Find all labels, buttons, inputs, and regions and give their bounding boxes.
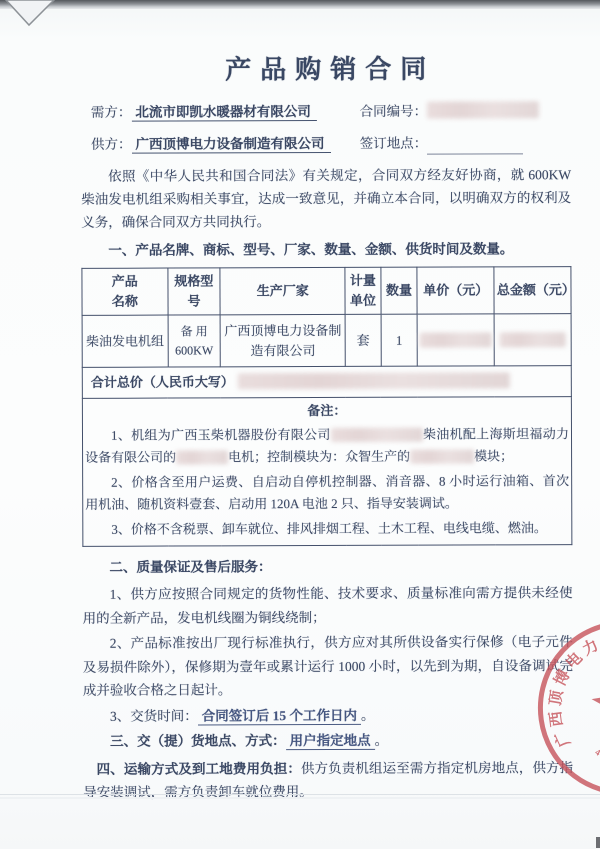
redacted-total-in-words bbox=[238, 373, 510, 390]
section3-line: 三、交（提）货地点、方式：用户指定地点。 bbox=[83, 728, 573, 753]
sign-place-blank bbox=[427, 139, 523, 154]
sign-place-label: 签订地点： bbox=[360, 136, 428, 151]
col-header-total: 总金额（元） bbox=[494, 267, 571, 315]
buyer-label: 需方： bbox=[91, 105, 132, 120]
buyer-row: 需方：北流市即凯水暖器材有限公司 合同编号： bbox=[91, 99, 571, 124]
scan-edge-mark bbox=[596, 837, 600, 848]
notes-cell: 备注： 1、机组为广西玉柴机器股份有限公司柴油机配上海斯坦福动力设备有限公司的电… bbox=[82, 397, 572, 546]
cell-product-name: 柴油发电机组 bbox=[82, 315, 168, 367]
goods-table: 产品 名称 规格型 号 生产厂家 计量 单位 数量 单价（元） 总金额（元） 柴… bbox=[81, 266, 572, 547]
table-header-row: 产品 名称 规格型 号 生产厂家 计量 单位 数量 单价（元） 总金额（元） bbox=[82, 267, 571, 316]
section4-label: 四、运输方式及到工地费用负担： bbox=[97, 761, 301, 777]
page-title: 产品购销合同 bbox=[81, 53, 571, 87]
note1-text-4: 模块； bbox=[474, 448, 513, 463]
preamble-paragraph: 依照《中华人民共和国合同法》有关规定，合同双方经友好协商，就 600KW 柴油发… bbox=[81, 163, 571, 234]
note1-text-3: 电机；控制模块为：众智生产的 bbox=[228, 449, 410, 465]
contract-body: 产品购销合同 需方：北流市即凯水暖器材有限公司 合同编号： 供方：广西顶博电力设… bbox=[81, 53, 574, 818]
note-1: 1、机组为广西玉柴机器股份有限公司柴油机配上海斯坦福动力设备有限公司的电机；控制… bbox=[85, 423, 569, 470]
contract-no-field: 合同编号： bbox=[360, 99, 571, 123]
section2-item-2: 2、产品标准按出厂现行标准执行，供方应对其所供设备实行保修（电子元件及易损件除外… bbox=[83, 630, 573, 702]
cell-unit: 套 bbox=[345, 315, 380, 367]
note-3: 3、价格不含税票、卸车就位、排风排烟工程、土木工程、电线电缆、燃油。 bbox=[85, 517, 569, 541]
scan-top-edge-shadow bbox=[0, 0, 600, 9]
note-2: 2、价格含至用户运费、自启动自停机控制器、消音器、8 小时运行油箱、首次用机油、… bbox=[85, 470, 569, 517]
table-row: 柴油发电机组 备 用 600KW 广西顶博电力设备制 造有限公司 套 1 bbox=[82, 314, 571, 368]
buyer-name: 北流市即凯水暖器材有限公司 bbox=[131, 104, 317, 122]
redacted-alternator-model bbox=[176, 450, 228, 464]
sign-place-field: 签订地点： bbox=[360, 131, 571, 155]
delivery-time-value: 合同签订后 15 个工作日内 bbox=[198, 707, 361, 725]
col-header-qty: 数量 bbox=[380, 267, 417, 314]
supplier-row: 供方：广西顶博电力设备制造有限公司 签订地点： bbox=[91, 131, 571, 156]
redacted-module-model bbox=[410, 450, 474, 464]
buyer-field: 需方：北流市即凯水暖器材有限公司 bbox=[91, 100, 360, 124]
section3-value: 用户指定地点 bbox=[286, 733, 375, 750]
folded-corner bbox=[0, 0, 70, 30]
section1-heading: 一、产品名牌、商标、型号、厂家、数量、金额、供货时间及数量。 bbox=[81, 237, 571, 262]
delivery-time-line: 3、交货时间：合同签订后 15 个工作日内。 bbox=[83, 703, 573, 728]
col-header-spec: 规格型 号 bbox=[168, 268, 221, 315]
contract-no-label: 合同编号： bbox=[360, 104, 428, 119]
cell-spec: 备 用 600KW bbox=[168, 315, 221, 367]
delivery-time-label: 3、交货时间： bbox=[110, 708, 198, 723]
section3-label: 三、交（提）货地点、方式： bbox=[110, 733, 286, 749]
section2-item-1: 1、供方应按照合同规定的货物性能、技术要求、质量标准向需方提供未经使用的全新产品… bbox=[83, 581, 573, 630]
section2-heading: 二、质量保证及售后服务： bbox=[82, 554, 572, 579]
scan-artifact-line-soft bbox=[0, 797, 600, 799]
cell-total-amount bbox=[494, 314, 571, 366]
total-price-row: 合计总价（人民币大写） bbox=[82, 366, 571, 399]
notes-row: 备注： 1、机组为广西玉柴机器股份有限公司柴油机配上海斯坦福动力设备有限公司的电… bbox=[82, 397, 572, 546]
scanned-contract-page: 产品购销合同 需方：北流市即凯水暖器材有限公司 合同编号： 供方：广西顶博电力设… bbox=[0, 0, 600, 849]
supplier-label: 供方： bbox=[91, 137, 132, 152]
supplier-field: 供方：广西顶博电力设备制造有限公司 bbox=[91, 132, 360, 156]
cell-maker: 广西顶博电力设备制 造有限公司 bbox=[220, 315, 345, 367]
notes-label: 备注： bbox=[85, 401, 569, 423]
supplier-name: 广西顶博电力设备制造有限公司 bbox=[131, 136, 330, 154]
cell-unit-price bbox=[417, 314, 494, 366]
scan-artifact-line bbox=[0, 794, 600, 795]
col-header-unit-price: 单价（元） bbox=[417, 267, 494, 315]
redacted-contract-number bbox=[427, 101, 539, 118]
redacted-unit-price bbox=[420, 332, 492, 347]
seal-star-icon bbox=[588, 667, 600, 737]
total-price-label: 合计总价（人民币大写） bbox=[91, 375, 234, 390]
total-price-cell: 合计总价（人民币大写） bbox=[82, 366, 571, 399]
col-header-maker: 生产厂家 bbox=[220, 267, 345, 315]
cell-qty: 1 bbox=[381, 314, 418, 366]
redacted-total-amount bbox=[500, 332, 566, 347]
seal-serial-number: 4501081 bbox=[592, 739, 600, 770]
col-header-unit: 计量 单位 bbox=[345, 267, 380, 314]
col-header-product: 产品 名称 bbox=[82, 268, 168, 316]
redacted-engine-model bbox=[331, 427, 423, 441]
section3-period: 。 bbox=[375, 733, 389, 748]
delivery-time-period: 。 bbox=[361, 707, 375, 722]
note1-text-1: 1、机组为广西玉柴机器股份有限公司 bbox=[111, 427, 331, 443]
